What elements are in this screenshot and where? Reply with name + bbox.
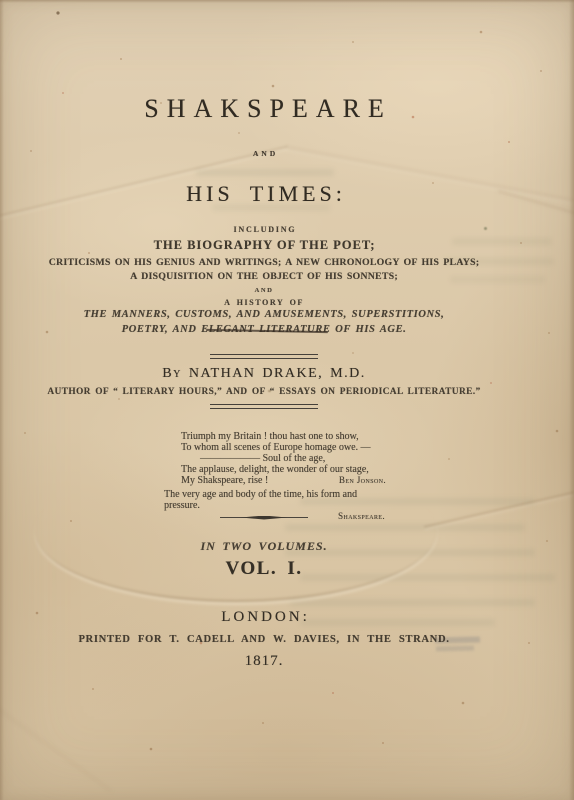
contents-line-4: A HISTORY OF [2, 298, 526, 307]
contents-line-1: THE BIOGRAPHY OF THE POET; [2, 238, 526, 253]
imprint-year: 1817. [2, 653, 526, 670]
by-word: By [162, 366, 182, 381]
imprint-publisher: PRINTED FOR T. CADELL AND W. DAVIES, IN … [2, 634, 526, 645]
title-and-word: AND [2, 149, 526, 158]
contents-line-2: CRITICISMS ON HIS GENIUS AND WRITINGS; A… [2, 257, 526, 268]
title-page-text-block: SHAKSPEARE AND HIS TIMES: INCLUDING THE … [2, 0, 526, 800]
epigraph-line: The applause, delight, the wonder of our… [181, 464, 386, 475]
swelled-rule [220, 515, 308, 520]
imprint-city: LONDON: [2, 609, 526, 626]
author-name: NATHAN DRAKE, M.D. [189, 366, 366, 381]
contents-and-word: AND [2, 287, 526, 294]
book-subtitle: HIS TIMES: [2, 181, 526, 207]
epigraph-block: Triumph my Britain ! thou hast one to sh… [181, 431, 386, 522]
contents-line-3: A DISQUISITION ON THE OBJECT OF HIS SONN… [2, 271, 526, 282]
epigraph-line: —————— Soul of the age, [181, 453, 386, 464]
epigraph-line: My Shakspeare, rise ! [181, 475, 268, 486]
double-rule-bottom [210, 404, 318, 409]
contents-line-5-italic: THE MANNERS, CUSTOMS, AND AMUSEMENTS, SU… [2, 309, 526, 320]
epigraph-line: Triumph my Britain ! thou hast one to sh… [181, 431, 386, 442]
including-label: INCLUDING [2, 225, 526, 234]
page-edge-right [569, 0, 574, 800]
book-title: SHAKSPEARE [2, 94, 526, 124]
page-edge-top [0, 0, 574, 3]
page-edge-bottom [0, 782, 574, 800]
epigraph-line: The very age and body of the time, his f… [164, 489, 386, 511]
scanned-title-page: SHAKSPEARE AND HIS TIMES: INCLUDING THE … [0, 0, 574, 800]
page-edge-left [0, 0, 4, 800]
double-rule-top [210, 354, 318, 359]
volumes-note: IN TWO VOLUMES. [2, 539, 526, 554]
jonson-attribution: Ben Jonson. [339, 475, 386, 486]
author-credit: AUTHOR OF “ LITERARY HOURS,” AND OF “ ES… [2, 387, 526, 397]
author-byline: By NATHAN DRAKE, M.D. [2, 366, 526, 382]
volume-number: VOL. I. [2, 558, 526, 580]
epigraph-line: To whom all scenes of Europe homage owe.… [181, 442, 386, 453]
